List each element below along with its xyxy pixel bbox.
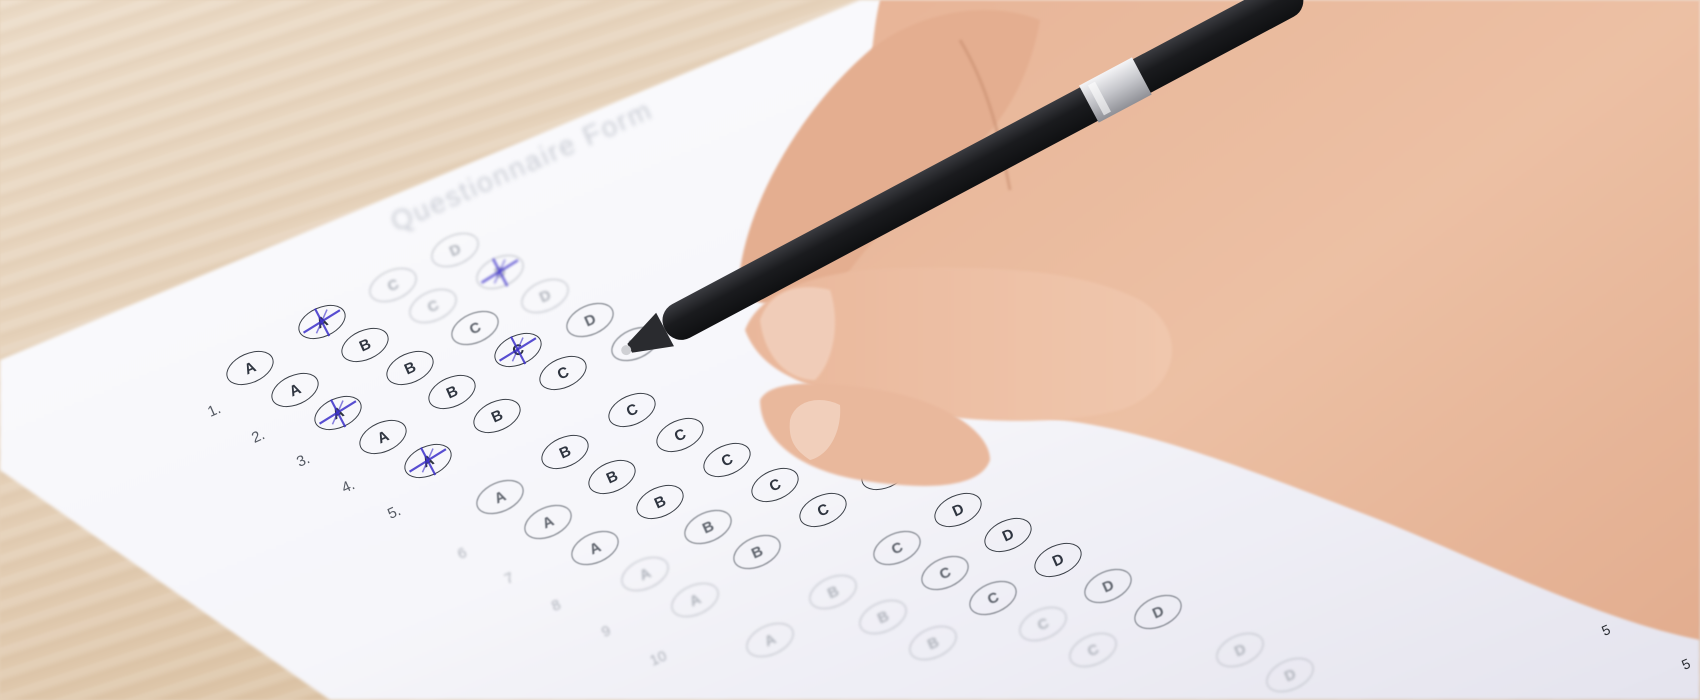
bubble-letter: B — [557, 442, 574, 462]
bubble-letter: A — [540, 512, 557, 532]
bubble-letter: C — [815, 500, 832, 520]
bubble-letter: A — [492, 487, 509, 507]
bubble-letter: D — [1000, 525, 1017, 545]
bubble-letter: C — [510, 340, 527, 360]
bubble-letter: C — [467, 318, 484, 338]
bubble-letter: A — [420, 451, 437, 471]
bubble-letter: A — [314, 312, 331, 332]
bubble-letter: D — [1100, 576, 1117, 596]
bubble-letter: A — [375, 427, 392, 447]
bubble-letter: A — [242, 358, 259, 378]
bubble-letter: A — [330, 403, 347, 423]
bubble-letter: D — [627, 334, 644, 354]
bubble-letter: D — [1050, 550, 1067, 570]
bubble-letter: A — [637, 564, 654, 584]
bubble-letter: C — [385, 275, 402, 295]
bubble-letter: C — [937, 563, 954, 583]
bubble-letter: B — [604, 467, 621, 487]
bubble-letter: B — [489, 406, 506, 426]
bubble-letter: C — [1085, 640, 1102, 660]
bubble-letter: A — [762, 630, 779, 650]
bubble-letter: A — [587, 538, 604, 558]
bubble-letter: A — [687, 590, 704, 610]
bubble-letter: C — [767, 475, 784, 495]
bubble-letter: D — [537, 286, 554, 306]
bubble-letter: B — [402, 358, 419, 378]
bubble-letter: D — [1282, 665, 1299, 685]
bubble-letter: B — [825, 582, 842, 602]
bubble-letter: C — [425, 296, 442, 316]
bubble-letter: B — [875, 607, 892, 627]
bubble-letter: A — [287, 380, 304, 400]
bubble-letter: B — [652, 492, 669, 512]
bubble-letter: C — [889, 538, 906, 558]
bubble-letter: B — [749, 542, 766, 562]
bubble-letter: D — [492, 262, 509, 282]
bubble-letter: B — [925, 633, 942, 653]
bubble-letter: C — [1035, 614, 1052, 634]
bubble-letter: C — [985, 588, 1002, 608]
bubble-letter: D — [1232, 640, 1249, 660]
bubble-letter: B — [700, 517, 717, 537]
bubble-letter: C — [624, 400, 641, 420]
photo-scene: Questionnaire Form 1.2.3.4.5.678910 AAAA… — [0, 0, 1700, 700]
bubble-letter: D — [950, 500, 967, 520]
bubble-letter: B — [357, 335, 374, 355]
bubble-letter: D — [877, 463, 894, 483]
bubble-letter: C — [719, 450, 736, 470]
bubble-letter: C — [555, 363, 572, 383]
bubble-letter: B — [444, 382, 461, 402]
bubble-letter: C — [672, 425, 689, 445]
bubble-letter: D — [447, 240, 464, 260]
bubble-letter: D — [1150, 602, 1167, 622]
bubble-letter: D — [582, 310, 599, 330]
